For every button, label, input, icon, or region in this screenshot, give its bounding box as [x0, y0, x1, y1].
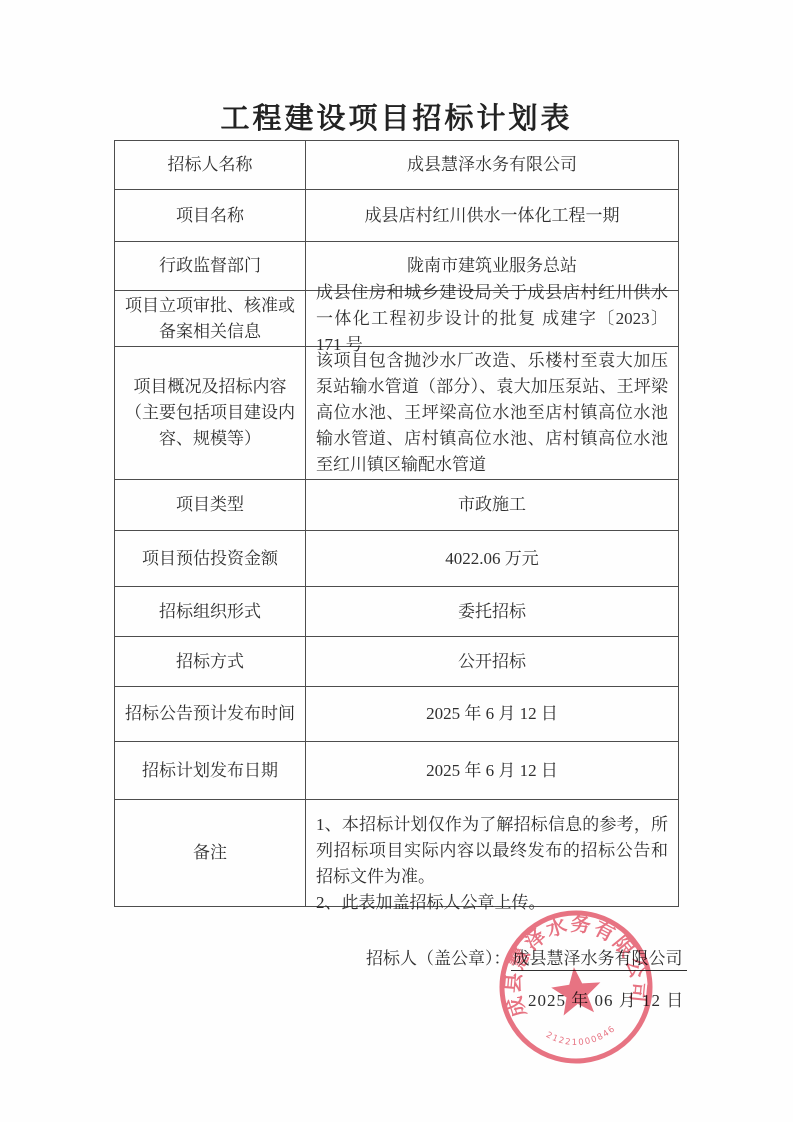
row-label: 招标公告预计发布时间	[115, 687, 306, 741]
row-value: 委托招标	[306, 587, 678, 636]
row-value: 1、本招标计划仅作为了解招标信息的参考，所列招标项目实际内容以最终发布的招标公告…	[306, 800, 678, 906]
row-label: 项目预估投资金额	[115, 531, 306, 586]
table-row: 招标组织形式 委托招标	[115, 586, 678, 636]
company-stamp: 成县慧泽水务有限公司 6212210008467	[488, 899, 664, 1075]
table-row: 招标公告预计发布时间 2025 年 6 月 12 日	[115, 686, 678, 741]
page-title: 工程建设项目招标计划表	[0, 96, 793, 137]
row-value: 该项目包含抛沙水厂改造、乐楼村至袁大加压泵站输水管道（部分）、袁大加压泵站、王坪…	[306, 347, 678, 479]
table-row: 招标计划发布日期 2025 年 6 月 12 日	[115, 741, 678, 799]
row-label: 项目类型	[115, 480, 306, 530]
row-label: 行政监督部门	[115, 242, 306, 290]
row-value: 成县店村红川供水一体化工程一期	[306, 190, 678, 241]
table-row: 项目名称 成县店村红川供水一体化工程一期	[115, 189, 678, 241]
table-row: 项目立项审批、核准或备案相关信息 成县住房和城乡建设局关于成县店村红川供水一体化…	[115, 290, 678, 346]
row-value: 成县慧泽水务有限公司	[306, 141, 678, 189]
table-row: 项目预估投资金额 4022.06 万元	[115, 530, 678, 586]
row-value: 4022.06 万元	[306, 531, 678, 586]
signer-label: 招标人（盖公章）：	[366, 949, 511, 968]
row-label: 招标人名称	[115, 141, 306, 189]
row-label: 招标组织形式	[115, 587, 306, 636]
document-page: 工程建设项目招标计划表 招标人名称 成县慧泽水务有限公司 项目名称 成县店村红川…	[0, 0, 793, 1122]
row-value: 公开招标	[306, 637, 678, 686]
row-label: 招标计划发布日期	[115, 742, 306, 799]
row-label: 项目名称	[115, 190, 306, 241]
star-icon	[549, 965, 603, 1017]
table-row: 招标方式 公开招标	[115, 636, 678, 686]
table-row: 招标人名称 成县慧泽水务有限公司	[115, 141, 678, 189]
table-row: 备注 1、本招标计划仅作为了解招标信息的参考，所列招标项目实际内容以最终发布的招…	[115, 799, 678, 906]
row-label: 项目概况及招标内容（主要包括项目建设内容、规模等）	[115, 347, 306, 479]
row-value: 成县住房和城乡建设局关于成县店村红川供水一体化工程初步设计的批复 成建字〔202…	[306, 291, 678, 346]
row-value: 市政施工	[306, 480, 678, 530]
bidding-plan-table: 招标人名称 成县慧泽水务有限公司 项目名称 成县店村红川供水一体化工程一期 行政…	[114, 140, 679, 907]
row-label: 项目立项审批、核准或备案相关信息	[115, 291, 306, 346]
row-value: 2025 年 6 月 12 日	[306, 742, 678, 799]
row-label: 备注	[115, 800, 306, 906]
row-label: 招标方式	[115, 637, 306, 686]
row-value: 2025 年 6 月 12 日	[306, 687, 678, 741]
table-row: 项目类型 市政施工	[115, 479, 678, 530]
table-row: 项目概况及招标内容（主要包括项目建设内容、规模等） 该项目包含抛沙水厂改造、乐楼…	[115, 346, 678, 479]
